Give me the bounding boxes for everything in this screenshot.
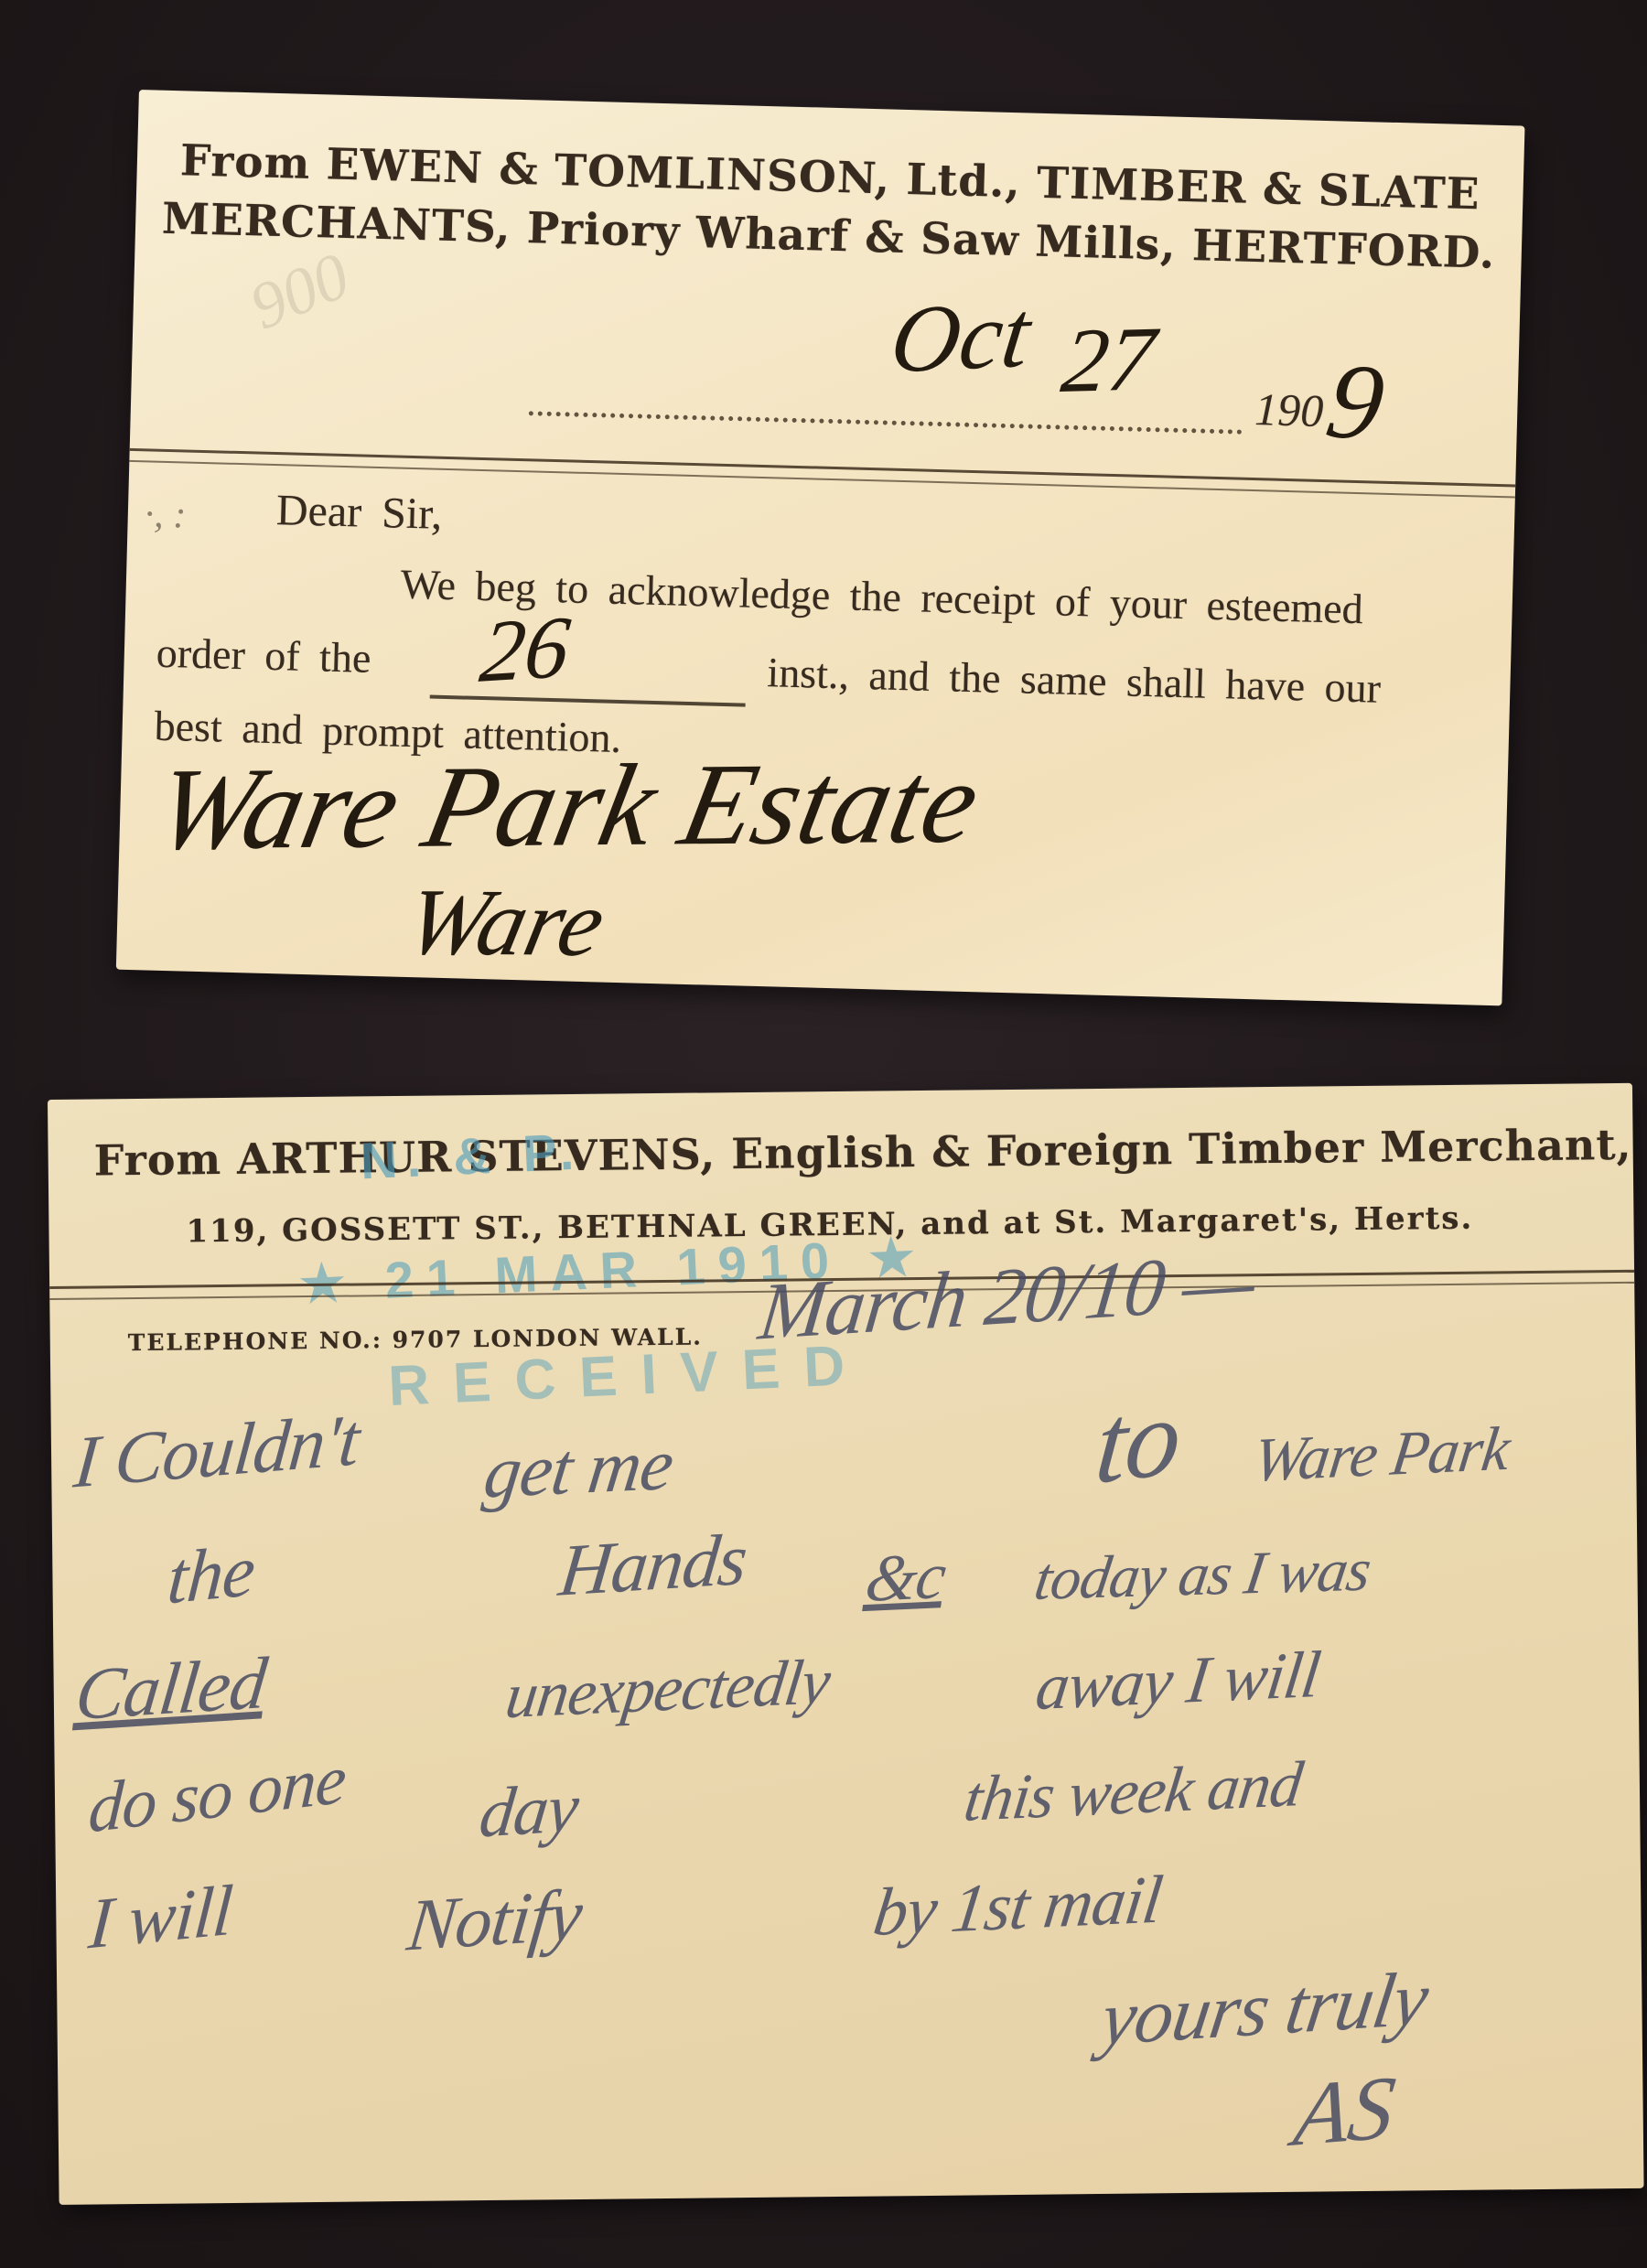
handwritten-signature-line1: Ware Park Estate xyxy=(145,735,989,876)
body-line2-post: inst., and the same shall have our xyxy=(767,648,1382,713)
note-closing: yours truly xyxy=(1096,1954,1434,2064)
pencil-ghost-mark: 900 xyxy=(240,238,361,346)
note-fragment: away I will xyxy=(1031,1637,1324,1726)
note-fragment: today as I was xyxy=(1030,1535,1375,1615)
handwritten-month: Oct xyxy=(885,279,1037,394)
received-stamp-company: N. & P. xyxy=(359,1121,584,1190)
note-fragment: I Couldn't xyxy=(70,1399,362,1506)
body-line2-pre: order of the xyxy=(156,629,371,683)
card2-header-line1: From ARTHUR STEVENS, English & Foreign T… xyxy=(93,1120,1631,1186)
note-fragment: to xyxy=(1091,1371,1186,1510)
postcard-ewen-tomlinson: From EWEN & TOMLINSON, Ltd., TIMBER & SL… xyxy=(116,90,1525,1005)
note-signature-initials: AS xyxy=(1288,2056,1399,2167)
postcard-arthur-stevens: From ARTHUR STEVENS, English & Foreign T… xyxy=(48,1083,1644,2205)
note-fragment: I will xyxy=(86,1868,235,1965)
ink-specks: ·, : xyxy=(144,492,187,537)
note-fragment: Notify xyxy=(404,1874,586,1969)
printed-year-prefix: 190 xyxy=(1254,382,1324,437)
photo-background: From EWEN & TOMLINSON, Ltd., TIMBER & SL… xyxy=(0,0,1647,2268)
handwritten-fill-day: 26 xyxy=(476,595,576,703)
note-fragment: this week and xyxy=(960,1748,1306,1837)
handwritten-year-digit: 9 xyxy=(1319,339,1393,465)
note-fragment: &c xyxy=(861,1538,950,1618)
handwritten-day: 27 xyxy=(1057,306,1160,414)
note-fragment: unexpectedly xyxy=(501,1646,834,1735)
handwritten-signature-line2: Ware xyxy=(397,867,615,978)
note-fragment: Ware Park xyxy=(1249,1413,1513,1497)
note-fragment: get me xyxy=(479,1424,678,1516)
note-fragment: the xyxy=(165,1529,257,1621)
note-fragment: Hands xyxy=(555,1518,751,1614)
note-fragment: day xyxy=(476,1768,582,1854)
note-fragment: by 1st mail xyxy=(869,1861,1167,1952)
salutation: Dear Sir, xyxy=(275,485,443,540)
note-fragment: do so one xyxy=(86,1739,348,1850)
note-fragment: Called xyxy=(71,1642,270,1738)
